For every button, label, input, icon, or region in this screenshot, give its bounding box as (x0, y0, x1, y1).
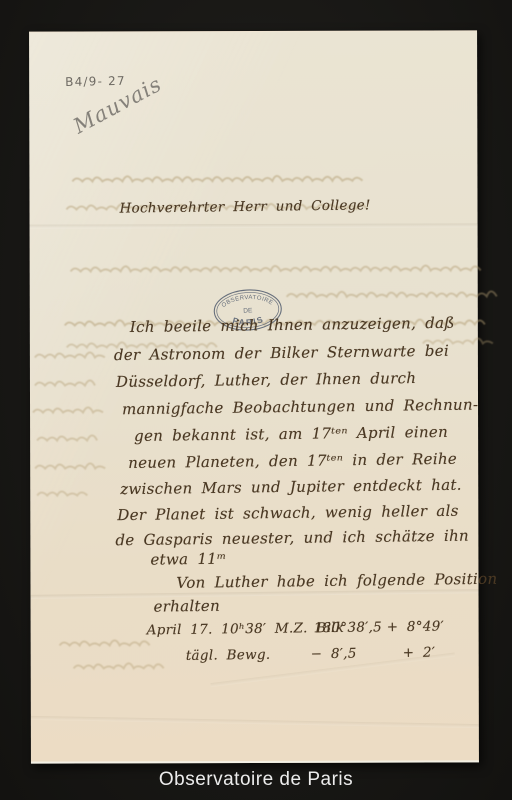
letter-line: erhalten (153, 597, 220, 616)
daily-motion-ra: − 8′,5 (311, 646, 357, 663)
letter-line: Düsseldorf, Luther, der Ihnen durch (116, 369, 417, 391)
bleed-line (34, 376, 102, 390)
letter-line: zwischen Mars und Jupiter entdeckt hat. (120, 476, 462, 498)
shelfmark-annotation: B4/9- 27 (65, 74, 126, 89)
daily-motion-line: tägl. Bewg. − 8′,5 + 2′ (31, 644, 479, 650)
paper-crease (30, 223, 478, 228)
bleed-line (34, 348, 106, 362)
bleed-line (71, 172, 366, 187)
position-dec: + 8°49′ (387, 619, 445, 636)
bleed-line (286, 287, 501, 302)
letter-line: Von Luther habe ich folgende Position (176, 570, 497, 592)
stamp-text-middle: DE (243, 307, 253, 315)
photo-caption: Observatoire de Paris (0, 760, 512, 800)
letter-line: der Astronom der Bilker Sternwarte bei (114, 342, 449, 364)
letter-line: Ich beeile mich Ihnen anzuzeigen, daß (130, 314, 455, 336)
letter-line: etwa 11ᵐ (150, 550, 226, 569)
bleed-line (34, 459, 106, 473)
daily-motion-dec: + 2′ (403, 645, 436, 661)
letter-line: mannigfache Beobachtungen und Rechnun- (122, 396, 478, 419)
letter-line: Der Planet ist schwach, wenig heller als (117, 502, 459, 524)
salutation: Hochverehrter Herr und College! (119, 197, 370, 216)
position-line: April 17. 10ʰ38′ M.Z. Bilk 180°38′,5 + 8… (31, 618, 479, 624)
letter-line: neuen Planeten, den 17ᵗᵉⁿ in der Reihe (128, 450, 457, 472)
bleed-line (59, 636, 159, 650)
bleed-line (36, 486, 94, 500)
paper-crease (31, 716, 479, 728)
position-ra: 180°38′,5 (314, 619, 383, 636)
letter-line: de Gasparis neuester, und ich schätze ih… (115, 527, 469, 550)
daily-motion-label: tägl. Bewg. (186, 647, 271, 664)
bleed-line (70, 261, 490, 276)
letter-line: gen bekannt ist, am 17ᵗᵉⁿ April einen (134, 423, 448, 445)
bleed-line (36, 431, 102, 445)
letter-page: B4/9- 27 Mauvais OBSERVATOIRE DE PARIS H… (29, 30, 479, 763)
bleed-line (32, 403, 108, 417)
bleed-line (73, 659, 165, 673)
